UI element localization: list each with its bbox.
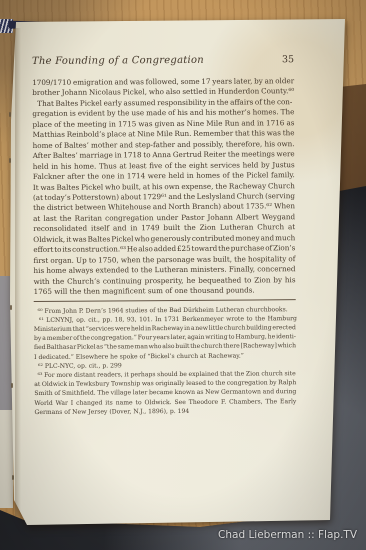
text-line-content: effort to its construction.⁶³ He also ad… — [33, 243, 295, 254]
photo-watermark: Chad Lieberman :: Flap.TV — [218, 529, 357, 541]
page-text-column: The Founding of a Congregation 35 1709/1… — [32, 54, 297, 417]
text-line-content: 1709/1710 emigration and was followed, s… — [32, 76, 294, 87]
text-line-content: Oldwick, it was Baltes Pickel who genero… — [33, 233, 295, 244]
text-line-content: Matthias Reinbold’s place at Nine Mile R… — [33, 128, 295, 139]
text-line-content: That Baltes Pickel early assumed respons… — [32, 97, 292, 108]
binding-stitch — [10, 305, 12, 310]
footnote-line: fied Balthasar Pickel as “the same man w… — [34, 341, 296, 352]
footnote-line-content: ⁶⁰ From John P. Dern’s 1964 studies of t… — [34, 306, 288, 315]
text-line-content: reconsolidated itself and in 1749 built … — [33, 223, 295, 234]
text-line-content: first organ. Up to 1750, when the parson… — [33, 254, 295, 265]
text-line-content: Falckner after the one in 1714 were held… — [33, 170, 295, 181]
footnote-line-content: fied Balthasar Pickel as “the same man w… — [34, 342, 296, 351]
text-line-content: his home always extended to the Lutheran… — [33, 264, 295, 275]
text-line-content: 1765 will the then magnificent sum of on… — [34, 286, 255, 297]
footnote-line-content: Smith of Smithfield. The village later b… — [34, 389, 296, 398]
text-line-content: home of Baltes’ mother and step-father a… — [33, 139, 295, 150]
text-line-content: (at today’s Potterstown) about 1729⁶¹ an… — [33, 191, 295, 202]
chapter-title: The Founding of a Congregation — [32, 55, 204, 67]
book-photo: The Founding of a Congregation 35 1709/1… — [0, 0, 366, 550]
text-line-content: with the Church’s continuing prosperity,… — [34, 275, 296, 286]
text-line-content: place of the meeting in 1715 was given a… — [32, 118, 294, 129]
page-gutter-crease — [15, 28, 21, 516]
footnote-line-content: ⁶² PLC-NYC, op. cit., p. 299 — [34, 362, 122, 370]
footnote-separator — [34, 299, 296, 302]
text-line: 1765 will the then magnificent sum of on… — [34, 285, 296, 297]
footnote-line-content: Germans of New Jersey (Dover, N.J., 1896… — [34, 408, 189, 416]
text-line-content: After Baltes’ marriage in 1718 to Anna G… — [33, 149, 295, 160]
footnote-line-content: World War I changed its name to Oldwick.… — [34, 398, 296, 407]
body-text: 1709/1710 emigration and was followed, s… — [32, 76, 296, 297]
footnote-line: Germans of New Jersey (Dover, N.J., 1896… — [34, 406, 296, 417]
binding-stitch — [9, 112, 11, 117]
footnote-line-content: I dedicated.” Elsewhere he spoke of “Bic… — [34, 352, 244, 360]
footnote-line-content: ⁶¹ LCNYNJ, op. cit., pp. 18, 93, 101. In… — [34, 315, 297, 324]
footnotes: ⁶⁰ From John P. Dern’s 1964 studies of t… — [34, 305, 297, 417]
binding-stitch — [11, 383, 13, 388]
text-line-content: the district between Whitehouse and Nort… — [33, 202, 295, 213]
text-line-content: at last the Raritan congregation under P… — [33, 212, 295, 223]
text-line-content: It was Baltes Pickel who built, at his o… — [33, 181, 295, 192]
text-line-content: brother Johann Nicolaus Pickel, who also… — [32, 87, 294, 98]
running-header: The Founding of a Congregation 35 — [32, 54, 294, 69]
binding-stitch — [9, 158, 11, 163]
page-number: 35 — [282, 54, 294, 65]
binding-stitch — [12, 475, 14, 480]
text-line-content: gregation is evident by the use made of … — [32, 108, 294, 119]
text-line-content: held in his home. Thus at least five of … — [33, 160, 295, 171]
